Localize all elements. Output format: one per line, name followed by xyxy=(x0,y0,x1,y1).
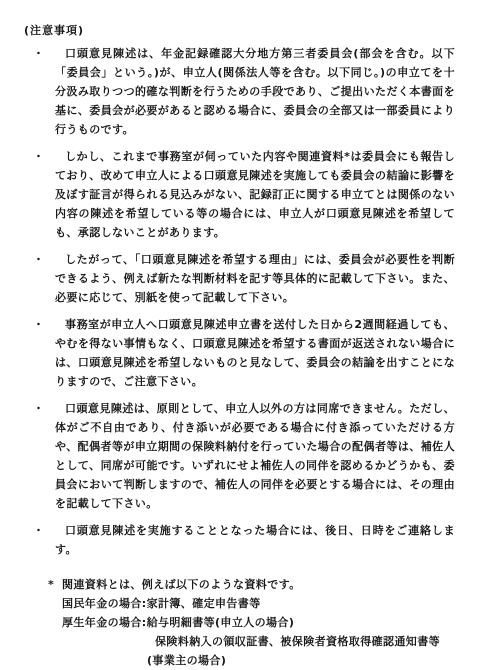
footnote-intro-line: * 関連資料とは、例えば以下のような資料です。 xyxy=(62,575,455,594)
footnote-intro-text: 関連資料とは、例えば以下のような資料です。 xyxy=(62,578,301,591)
footnote-line-employer-case: (事業主の場合) xyxy=(147,651,455,670)
bullet-text: 事務室が申立人へ口頭意見陳述申立書を送付した日から2週間経過しても、やむを得ない… xyxy=(55,318,455,388)
bullet-marker: ・ xyxy=(33,147,44,166)
notice-bullet-3: ・ したがって、「口頭意見陳述を希望する理由」には、委員会が必要性を判断できるよ… xyxy=(55,250,455,307)
related-documents-footnote: * 関連資料とは、例えば以下のような資料です。 国民年金の場合:家計簿、確定申告… xyxy=(0,575,455,670)
bullet-text: 口頭意見陳述を実施することとなった場合には、後日、日時をご連絡します。 xyxy=(55,524,455,556)
notice-heading: (注意事項) xyxy=(24,21,455,40)
notice-bullet-6: ・ 口頭意見陳述を実施することとなった場合には、後日、日時をご連絡します。 xyxy=(55,521,455,559)
notice-document-page: (注意事項) ・ 口頭意見陳述は、年金記録確認大分地方第三者委員会(部会を含む。… xyxy=(0,0,480,670)
footnote-line-national-pension: 国民年金の場合:家計簿、確定申告書等 xyxy=(62,594,455,613)
bullet-marker: ・ xyxy=(33,250,44,269)
bullet-marker: ・ xyxy=(33,44,44,63)
bullet-marker: ・ xyxy=(33,315,44,334)
footnote-line-receipts: 保険料納入の領収証書、被保険者資格取得確認通知書等 xyxy=(155,632,455,651)
bullet-text: したがって、「口頭意見陳述を希望する理由」には、委員会が必要性を判断できるよう、… xyxy=(55,253,455,304)
bullet-marker: ・ xyxy=(33,399,44,418)
asterisk-marker: * xyxy=(48,575,54,594)
bullet-text: しかし、これまで事務室が伺っていた内容や関連資料*は委員会にも報告しており、改め… xyxy=(55,150,455,239)
bullet-marker: ・ xyxy=(33,521,44,540)
notice-bullet-4: ・ 事務室が申立人へ口頭意見陳述申立書を送付した日から2週間経過しても、やむを得… xyxy=(55,315,455,391)
bullet-text: 口頭意見陳述は、年金記録確認大分地方第三者委員会(部会を含む。以下「委員会」とい… xyxy=(55,47,455,136)
notice-bullet-2: ・ しかし、これまで事務室が伺っていた内容や関連資料*は委員会にも報告しており、… xyxy=(55,147,455,242)
notice-bullet-1: ・ 口頭意見陳述は、年金記録確認大分地方第三者委員会(部会を含む。以下「委員会」… xyxy=(55,44,455,139)
bullet-text: 口頭意見陳述は、原則として、申立人以外の方は同席できません。ただし、体がご不自由… xyxy=(55,402,455,510)
notice-bullet-5: ・ 口頭意見陳述は、原則として、申立人以外の方は同席できません。ただし、体がご不… xyxy=(55,399,455,513)
footnote-line-employee-pension: 厚生年金の場合:給与明細書等(申立人の場合) xyxy=(62,613,455,632)
